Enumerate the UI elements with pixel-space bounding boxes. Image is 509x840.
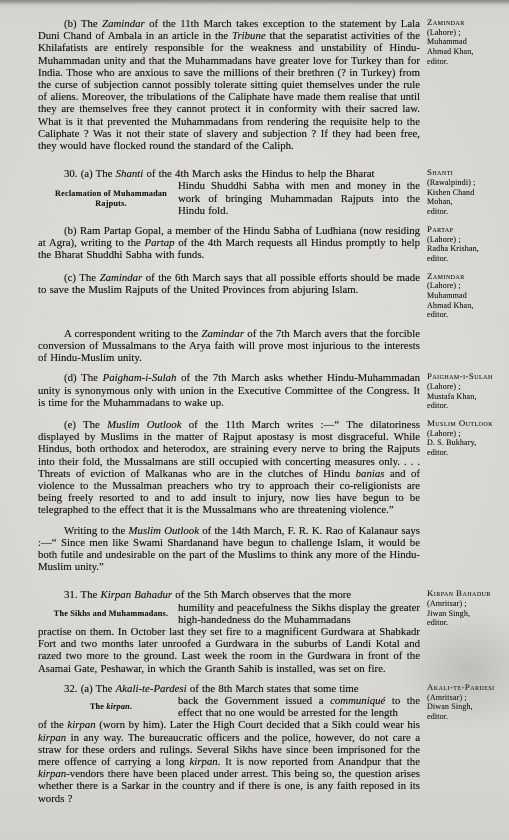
margin-note-title: Partap bbox=[427, 225, 507, 235]
margin-note-kirpan-bahadur: Kirpan Bahadur (Amritsar) ; Jiwan Singh,… bbox=[427, 589, 507, 628]
margin-note-detail: (Lahore) ; D. S. Bukhary, editor. bbox=[427, 429, 507, 458]
margin-note-title: Akali-te-Pardesi bbox=[427, 683, 507, 693]
paragraph-akali-te-pardesi-intro: 32. (a) The Akali-te-Pardesi of the 8th … bbox=[38, 683, 420, 695]
margin-note-paigham-i-sulah: Paigham-i-Sulah (Lahore) ; Mustafa Khan,… bbox=[427, 372, 507, 411]
section-29b: (b) The Zamindar of the 11th March takes… bbox=[38, 18, 509, 152]
margin-note-detail: (Lahore) ; Mustafa Khan, editor. bbox=[427, 382, 507, 411]
side-heading-reclamation: Reclamation of Muhammadan Rajputs. bbox=[38, 189, 178, 209]
margin-note-detail: (Rawalpindi) ; Kishen Chand Mohan, edito… bbox=[427, 178, 507, 216]
side-heading-the-kirpan: The kirpan. bbox=[38, 702, 178, 712]
margin-note-title: Paigham-i-Sulah bbox=[427, 372, 507, 382]
margin-note-zamindar: Zamindar (Lahore) ; Muhammad Ahmad Khan,… bbox=[427, 18, 507, 66]
margin-note-akali-te-pardesi: Akali-te-Pardesi (Amritsar) ; Diwan Sing… bbox=[427, 683, 507, 722]
margin-note-title: Kirpan Bahadur bbox=[427, 589, 507, 599]
paragraph-correspondent: A correspondent writing to the Zamindar … bbox=[38, 328, 420, 365]
margin-note-partap: Partap (Lahore) ; Radha Krishan, editor. bbox=[427, 225, 507, 264]
paragraph-shanti-cutin: Hindu Shuddhi Sabha with men and money i… bbox=[178, 180, 420, 217]
section-30-correspondent: A correspondent writing to the Zamindar … bbox=[38, 328, 509, 365]
document-page: (b) The Zamindar of the 11th March takes… bbox=[0, 0, 509, 840]
margin-note-detail: (Lahore) ; Radha Krishan, editor. bbox=[427, 235, 507, 264]
margin-note-detail: (Amritsar) ; Jiwan Singh, editor. bbox=[427, 599, 507, 628]
section-30e: (e) The Muslim Outlook of the 11th March… bbox=[38, 419, 509, 517]
section-32a: 32. (a) The Akali-te-Pardesi of the 8th … bbox=[38, 683, 509, 805]
section-31: 31. The Kirpan Bahadur of the 5th March … bbox=[38, 589, 509, 674]
paragraph-akali-te-pardesi-cutin: back the Government issued a communiqué … bbox=[178, 695, 420, 719]
section-30d: (d) The Paigham-i-Sulah of the 7th March… bbox=[38, 372, 509, 411]
margin-note-shanti: Shanti (Rawalpindi) ; Kishen Chand Mohan… bbox=[427, 168, 507, 216]
margin-note-zamindar-2: Zamindar (Lahore) ; Muhammad Ahmad Khan,… bbox=[427, 272, 507, 320]
paragraph-akali-te-pardesi-rest: of the kirpan (worn by him). Later the H… bbox=[38, 719, 420, 804]
paragraph-paigham-i-sulah: (d) The Paigham-i-Sulah of the 7th March… bbox=[38, 372, 420, 409]
paragraph-kirpan-bahadur-intro: 31. The Kirpan Bahadur of the 5th March … bbox=[38, 589, 420, 601]
margin-note-title: Muslim Outlook bbox=[427, 419, 507, 429]
paragraph-zamindar-6-march: (c) The Zamindar of the 6th March says t… bbox=[38, 272, 420, 296]
margin-note-title: Zamindar bbox=[427, 272, 507, 282]
margin-note-detail: (Lahore) ; Muhammad Ahmad Khan, editor. bbox=[427, 28, 507, 66]
margin-note-detail: (Amritsar) ; Diwan Singh, editor. bbox=[427, 693, 507, 722]
paragraph-partap: (b) Ram Partap Gopal, a member of the Hi… bbox=[38, 225, 420, 262]
margin-note-muslim-outlook: Muslim Outlook (Lahore) ; D. S. Bukhary,… bbox=[427, 419, 507, 458]
paragraph-rao-letter: Writing to the Muslim Outlook of the 14t… bbox=[38, 525, 420, 574]
side-heading-sikhs-and-muhammadans: The Sikhs and Muhammadans. bbox=[38, 609, 178, 619]
section-30a: 30. (a) The Shanti of the 4th March asks… bbox=[38, 168, 509, 217]
margin-note-title: Zamindar bbox=[427, 18, 507, 28]
paragraph-kirpan-bahadur-rest: practise on them. In October last they s… bbox=[38, 626, 420, 675]
page-content: (b) The Zamindar of the 11th March takes… bbox=[0, 0, 509, 805]
paragraph-muslim-outlook: (e) The Muslim Outlook of the 11th March… bbox=[38, 419, 420, 517]
section-30b: (b) Ram Partap Gopal, a member of the Hi… bbox=[38, 225, 509, 264]
paragraph-zamindar-11-march: (b) The Zamindar of the 11th March takes… bbox=[38, 18, 420, 152]
margin-note-title: Shanti bbox=[427, 168, 507, 178]
paragraph-shanti-intro: 30. (a) The Shanti of the 4th March asks… bbox=[38, 168, 420, 180]
paragraph-kirpan-bahadur-cutin: humility and peacefulness the Sikhs disp… bbox=[178, 602, 420, 626]
section-30-rao-letter: Writing to the Muslim Outlook of the 14t… bbox=[38, 525, 509, 574]
section-30c: (c) The Zamindar of the 6th March says t… bbox=[38, 272, 509, 320]
margin-note-detail: (Lahore) ; Muhammad Ahmad Khan, editor. bbox=[427, 281, 507, 319]
